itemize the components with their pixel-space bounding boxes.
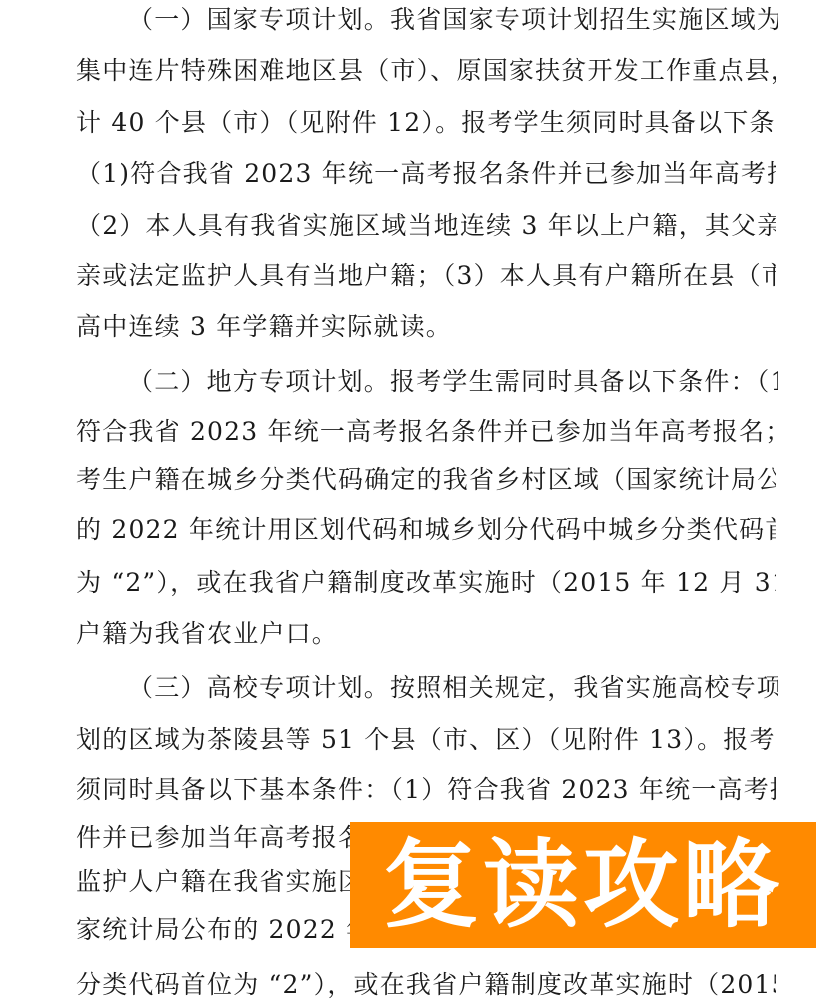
watermark-banner-text: 复读攻略: [383, 837, 783, 933]
section-3-line-7: 分类代码首位为 “2”），或在我省户籍制度改革实施时（2015 年: [76, 967, 776, 1003]
watermark-banner: 复读攻略: [350, 822, 816, 948]
section-1-line-3: 计 40 个县（市）（见附件 12）。报考学生须同时具备以下条件：: [76, 105, 776, 141]
section-3-line-2: 划的区域为茶陵县等 51 个县（市、区）（见附件 13）。报考学生: [76, 722, 776, 758]
section-2-line-4: 的 2022 年统计用区划代码和城乡划分代码中城乡分类代码首位: [76, 512, 776, 548]
document-page: （一）国家专项计划。我省国家专项计划招生实施区域为原 集中连片特殊困难地区县（市…: [0, 0, 820, 1005]
section-1-line-2: 集中连片特殊困难地区县（市）、原国家扶贫开发工作重点县，共: [76, 53, 776, 89]
section-3-line-6: 家统计局公布的 2022 年统: [76, 912, 366, 948]
section-2-line-3: 考生户籍在城乡分类代码确定的我省乡村区域（国家统计局公布: [76, 462, 776, 498]
section-3-line-3: 须同时具备以下基本条件：（1）符合我省 2023 年统一高考报名条: [76, 772, 776, 808]
section-2-line-1: （二）地方专项计划。报考学生需同时具备以下条件：（1）: [128, 364, 778, 400]
section-3-line-1: （三）高校专项计划。按照相关规定，我省实施高校专项计: [128, 670, 778, 706]
section-1-line-6: 亲或法定监护人具有当地户籍；（3）本人具有户籍所在县（市）: [76, 258, 776, 294]
section-1-line-5: （2）本人具有我省实施区域当地连续 3 年以上户籍，其父亲或母: [76, 208, 776, 244]
section-1-line-1: （一）国家专项计划。我省国家专项计划招生实施区域为原: [128, 2, 778, 38]
section-2-line-2: 符合我省 2023 年统一高考报名条件并已参加当年高考报名；（2）: [76, 414, 776, 450]
section-3-line-4: 件并已参加当年高考报名；: [76, 820, 366, 856]
section-3-line-5: 监护人户籍在我省实施区域: [76, 864, 366, 900]
section-1-line-7: 高中连续 3 年学籍并实际就读。: [76, 309, 776, 345]
section-2-line-5: 为 “2”），或在我省户籍制度改革实施时（2015 年 12 月 31 日）: [76, 565, 776, 601]
section-2-line-6: 户籍为我省农业户口。: [76, 616, 776, 652]
section-1-line-4: （1)符合我省 2023 年统一高考报名条件并已参加当年高考报名；: [76, 156, 776, 192]
